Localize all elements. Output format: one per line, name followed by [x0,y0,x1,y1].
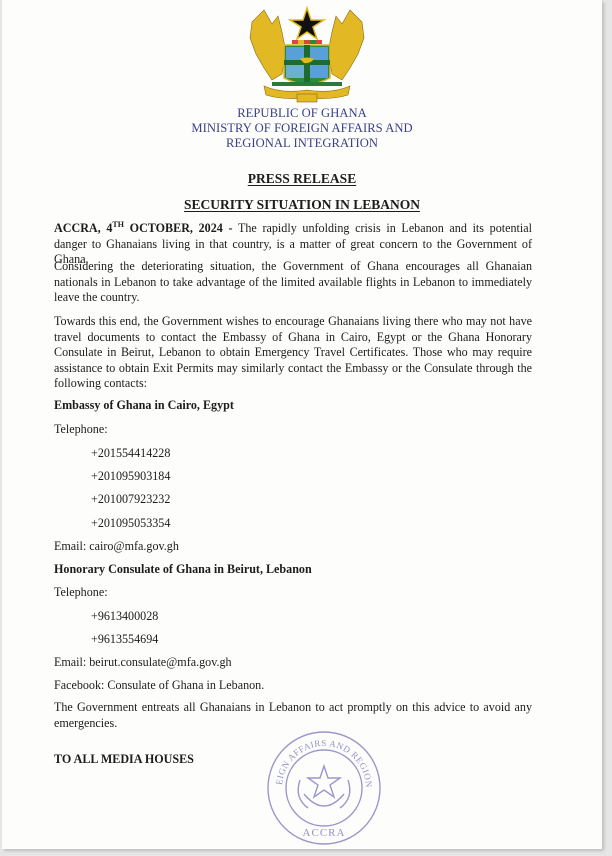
letterhead: REPUBLIC OF GHANA MINISTRY OF FOREIGN AF… [2,106,602,151]
addressee: TO ALL MEDIA HOUSES [54,752,194,767]
ministry-seal-stamp-icon: MINISTRY OF FOREIGN AFFAIRS AND REGIONAL… [264,728,384,848]
consulate-facebook: Facebook: Consulate of Ghana in Lebanon. [54,678,264,693]
consulate-telephone-label: Telephone: [54,585,108,600]
embassy-phone: +201095053354 [91,516,170,531]
svg-text:MINISTRY OF FOREIGN AFFAIRS AN: MINISTRY OF FOREIGN AFFAIRS AND REGIONAL… [264,728,374,788]
embassy-phone: +201007923232 [91,492,170,507]
embassy-email: Email: cairo@mfa.gov.gh [54,539,179,554]
dateline-ordinal: TH [112,220,124,229]
stamp-bottom-text: ACCRA [303,827,346,839]
closing-paragraph: The Government entreats all Ghanaians in… [54,700,532,731]
paragraph-2: Considering the deteriorating situation,… [54,259,532,306]
letterhead-country: REPUBLIC OF GHANA [2,106,602,121]
embassy-heading: Embassy of Ghana in Cairo, Egypt [54,398,234,413]
letterhead-ministry-cont: REGIONAL INTEGRATION [2,136,602,151]
letterhead-ministry: MINISTRY OF FOREIGN AFFAIRS AND [2,121,602,136]
embassy-phone: +201554414228 [91,446,170,461]
consulate-phone: +9613400028 [91,609,158,624]
consulate-heading: Honorary Consulate of Ghana in Beirut, L… [54,562,312,577]
dateline-place: ACCRA, 4 [54,221,112,235]
paragraph-3: Towards this end, the Government wishes … [54,314,532,392]
consulate-phone: +9613554694 [91,632,158,647]
embassy-phone: +201095903184 [91,469,170,484]
embassy-telephone-label: Telephone: [54,422,108,437]
dateline-date: OCTOBER, 2024 - [124,221,233,235]
document-page: REPUBLIC OF GHANA MINISTRY OF FOREIGN AF… [2,0,602,849]
consulate-email: Email: beirut.consulate@mfa.gov.gh [54,655,232,670]
document-type-title: PRESS RELEASE [2,171,602,187]
document-subject-title: SECURITY SITUATION IN LEBANON [2,197,602,213]
ghana-coat-of-arms-icon [242,2,372,104]
